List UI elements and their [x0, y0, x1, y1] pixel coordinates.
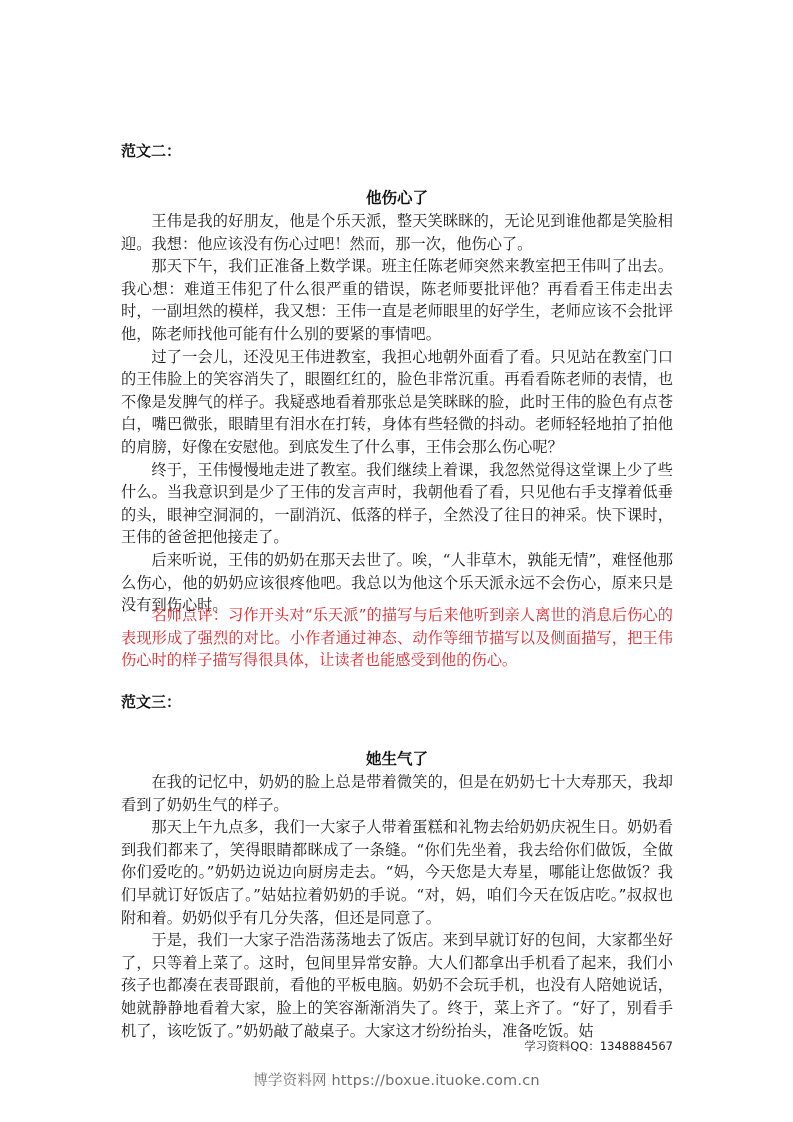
essay-3-paragraph: 那天上午九点多，我们一大家子人带着蛋糕和礼物去给奶奶庆祝生日。奶奶看到我们都来了…: [121, 816, 673, 929]
essay-2-paragraph: 过了一会儿，还没见王伟进教室，我担心地朝外面看了看。只见站在教室门口的王伟脸上的…: [121, 346, 673, 459]
essay-3-paragraph: 在我的记忆中，奶奶的脸上总是带着微笑的，但是在奶奶七十大寿那天，我却看到了奶奶生…: [121, 771, 673, 816]
footer-watermark: 博学资料网 https://boxue.ituoke.com.cn: [0, 1069, 793, 1090]
essay-3-body: 在我的记忆中，奶奶的脸上总是带着微笑的，但是在奶奶七十大寿那天，我却看到了奶奶生…: [121, 771, 673, 1042]
essay-3-paragraph: 于是，我们一大家子浩浩荡荡地去了饭店。来到早就订好的包间，大家都坐好了，只等着上…: [121, 929, 673, 1042]
document-page: 范文二： 他伤心了 王伟是我的好朋友，他是个乐天派，整天笑眯眯的，无论见到谁他都…: [0, 0, 793, 1122]
teacher-comment: 名师点评：习作开头对“乐天派”的描写与后来他听到亲人离世的消息后伤心的表现形成了…: [121, 604, 673, 672]
essay-2-paragraph: 王伟是我的好朋友，他是个乐天派，整天笑眯眯的，无论见到谁他都是笑脸相迎。我想：他…: [121, 210, 673, 255]
essay-title-3: 她生气了: [121, 747, 673, 769]
essay-2-paragraph: 终于，王伟慢慢地走进了教室。我们继续上着课，我忽然觉得这堂课上少了些什么。当我意…: [121, 459, 673, 549]
essay-2-paragraph: 那天下午，我们正准备上数学课。班主任陈老师突然来教室把王伟叫了出去。我心想：难道…: [121, 255, 673, 345]
teacher-comment-block: 名师点评：习作开头对“乐天派”的描写与后来他听到亲人离世的消息后伤心的表现形成了…: [121, 604, 673, 672]
essay-2-body: 王伟是我的好朋友，他是个乐天派，整天笑眯眯的，无论见到谁他都是笑脸相迎。我想：他…: [121, 210, 673, 617]
section-label-essay-3: 范文三：: [121, 691, 181, 712]
essay-title-2: 他伤心了: [121, 186, 673, 208]
qq-contact-note: 学习资料QQ：1348884567: [524, 1038, 673, 1054]
section-label-essay-2: 范文二：: [121, 140, 181, 161]
